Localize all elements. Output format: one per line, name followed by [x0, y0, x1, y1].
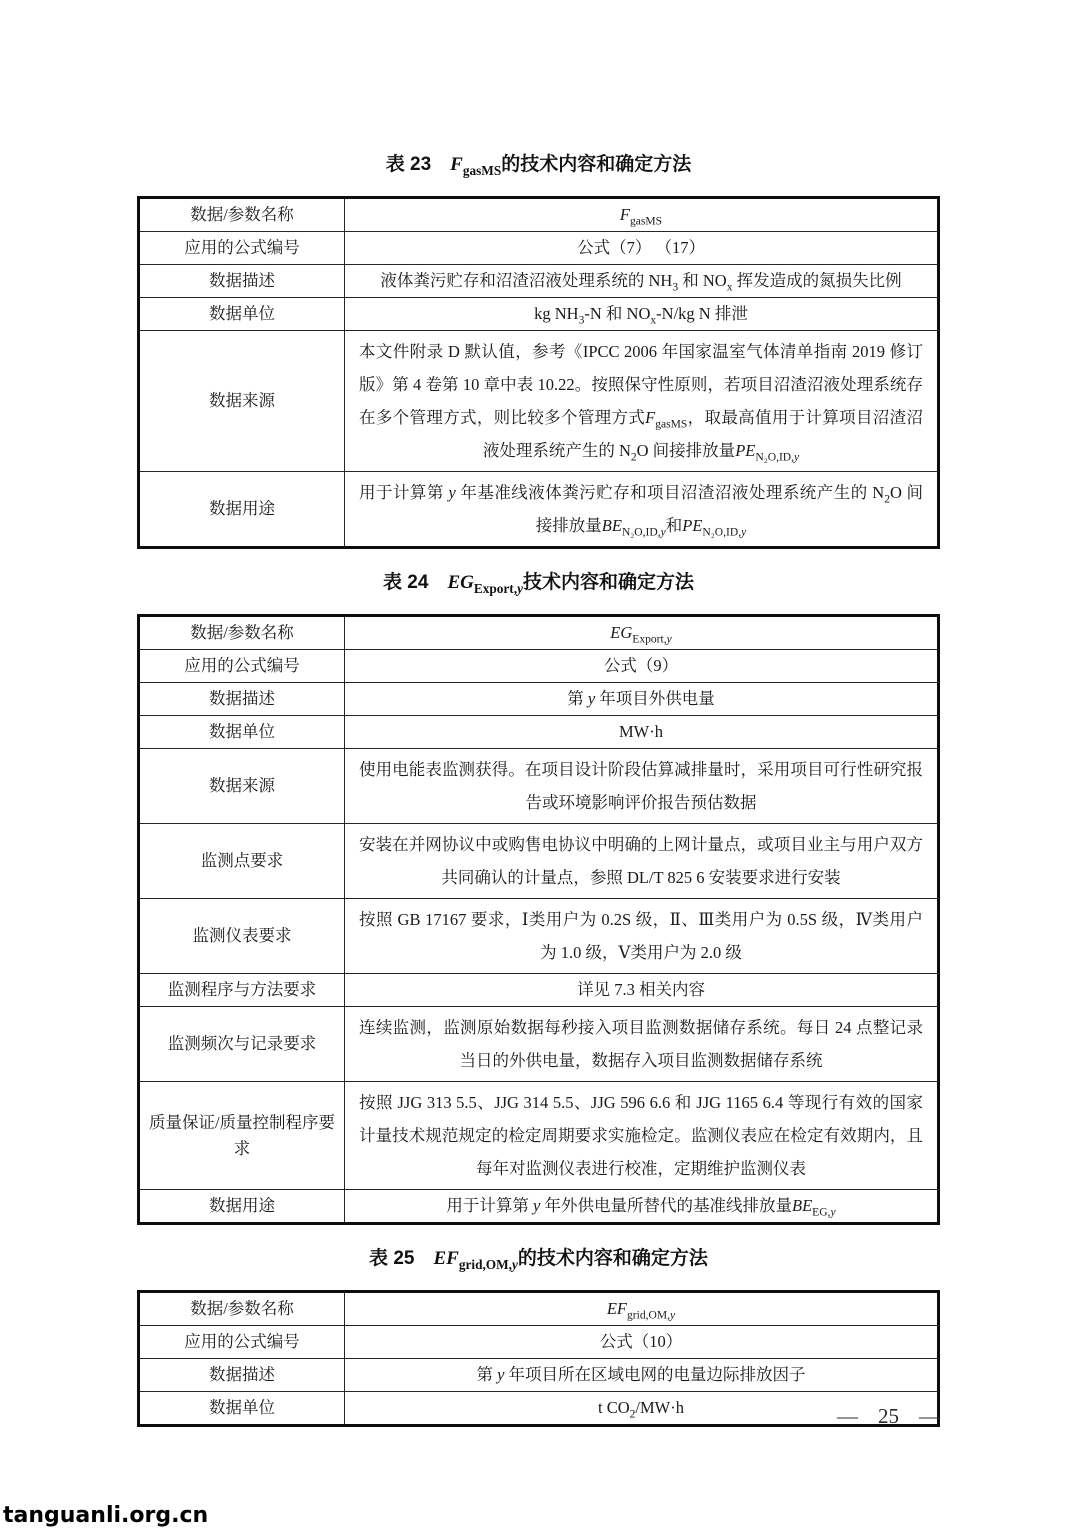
table-25: 数据/参数名称EFgrid,OM,y应用的公式编号公式（10）数据描述第 y 年…: [137, 1290, 940, 1427]
row-label: 数据/参数名称: [139, 616, 345, 650]
table-row: 数据描述第 y 年项目所在区域电网的电量边际排放因子: [139, 1359, 939, 1392]
table-row: 数据描述第 y 年项目外供电量: [139, 683, 939, 716]
row-label: 数据用途: [139, 472, 345, 548]
row-value: 液体粪污贮存和沼渣沼液处理系统的 NH3 和 NOx 挥发造成的氮损失比例: [345, 265, 939, 298]
row-value: 按照 JJG 313 5.5、JJG 314 5.5、JJG 596 6.6 和…: [345, 1082, 939, 1190]
row-label: 数据描述: [139, 1359, 345, 1392]
table-row: 监测频次与记录要求连续监测，监测原始数据每秒接入项目监测数据储存系统。每日 24…: [139, 1007, 939, 1082]
row-value: 第 y 年项目所在区域电网的电量边际排放因子: [345, 1359, 939, 1392]
table-row: 质量保证/质量控制程序要求按照 JJG 313 5.5、JJG 314 5.5、…: [139, 1082, 939, 1190]
row-value: 公式（9）: [345, 650, 939, 683]
row-label: 数据单位: [139, 716, 345, 749]
page-number: — 25 —: [837, 1404, 940, 1429]
row-value: 详见 7.3 相关内容: [345, 974, 939, 1007]
row-label: 数据/参数名称: [139, 1292, 345, 1326]
row-label: 数据用途: [139, 1190, 345, 1224]
watermark: tanguanli.org.cn: [3, 1503, 208, 1528]
table-24: 数据/参数名称EGExport,y应用的公式编号公式（9）数据描述第 y 年项目…: [137, 614, 940, 1225]
table-row: 监测程序与方法要求详见 7.3 相关内容: [139, 974, 939, 1007]
table-25-caption: 表 25 EFgrid,OM,y的技术内容和确定方法: [137, 1246, 940, 1272]
row-value: 用于计算第 y 年基准线液体粪污贮存和项目沼渣沼液处理系统产生的 N2O 间接排…: [345, 472, 939, 548]
row-label: 监测仪表要求: [139, 899, 345, 974]
row-label: 数据描述: [139, 683, 345, 716]
row-value: 按照 GB 17167 要求，Ⅰ类用户为 0.2S 级，Ⅱ、Ⅲ类用户为 0.5S…: [345, 899, 939, 974]
table-row: 数据单位t CO2/MW·h: [139, 1392, 939, 1426]
table-row: 数据/参数名称EGExport,y: [139, 616, 939, 650]
row-label: 应用的公式编号: [139, 232, 345, 265]
row-value: 公式（10）: [345, 1326, 939, 1359]
page-number-dash-right: —: [919, 1404, 940, 1429]
row-label: 数据描述: [139, 265, 345, 298]
table-23-caption: 表 23 FgasMS的技术内容和确定方法: [137, 152, 940, 178]
row-label: 监测频次与记录要求: [139, 1007, 345, 1082]
table-24-section: 表 24 EGExport,y技术内容和确定方法 数据/参数名称EGExport…: [137, 570, 940, 1225]
row-label: 应用的公式编号: [139, 650, 345, 683]
row-label: 数据来源: [139, 331, 345, 472]
table-row: 监测点要求安装在并网协议中或购售电协议中明确的上网计量点，或项目业主与用户双方共…: [139, 824, 939, 899]
page-number-dash-left: —: [837, 1404, 858, 1429]
table-23-section: 表 23 FgasMS的技术内容和确定方法 数据/参数名称FgasMS应用的公式…: [137, 152, 940, 549]
row-value: 第 y 年项目外供电量: [345, 683, 939, 716]
row-label: 应用的公式编号: [139, 1326, 345, 1359]
table-row: 数据单位kg NH3-N 和 NOx-N/kg N 排泄: [139, 298, 939, 331]
table-row: 数据来源本文件附录 D 默认值，参考《IPCC 2006 年国家温室气体清单指南…: [139, 331, 939, 472]
row-value: 安装在并网协议中或购售电协议中明确的上网计量点，或项目业主与用户双方共同确认的计…: [345, 824, 939, 899]
row-label: 监测程序与方法要求: [139, 974, 345, 1007]
row-value: FgasMS: [345, 198, 939, 232]
row-label: 数据单位: [139, 298, 345, 331]
row-value: 用于计算第 y 年外供电量所替代的基准线排放量BEEG,y: [345, 1190, 939, 1224]
table-23: 数据/参数名称FgasMS应用的公式编号公式（7） （17）数据描述液体粪污贮存…: [137, 196, 940, 549]
row-value: kg NH3-N 和 NOx-N/kg N 排泄: [345, 298, 939, 331]
table-row: 数据用途用于计算第 y 年外供电量所替代的基准线排放量BEEG,y: [139, 1190, 939, 1224]
row-value: 连续监测，监测原始数据每秒接入项目监测数据储存系统。每日 24 点整记录当日的外…: [345, 1007, 939, 1082]
row-value: 本文件附录 D 默认值，参考《IPCC 2006 年国家温室气体清单指南 201…: [345, 331, 939, 472]
table-row: 应用的公式编号公式（9）: [139, 650, 939, 683]
row-label: 质量保证/质量控制程序要求: [139, 1082, 345, 1190]
row-value: EFgrid,OM,y: [345, 1292, 939, 1326]
table-row: 数据/参数名称FgasMS: [139, 198, 939, 232]
table-row: 数据用途用于计算第 y 年基准线液体粪污贮存和项目沼渣沼液处理系统产生的 N2O…: [139, 472, 939, 548]
table-24-caption: 表 24 EGExport,y技术内容和确定方法: [137, 570, 940, 596]
table-row: 监测仪表要求按照 GB 17167 要求，Ⅰ类用户为 0.2S 级，Ⅱ、Ⅲ类用户…: [139, 899, 939, 974]
row-value: 使用电能表监测获得。在项目设计阶段估算减排量时，采用项目可行性研究报告或环境影响…: [345, 749, 939, 824]
row-label: 数据/参数名称: [139, 198, 345, 232]
row-value: 公式（7） （17）: [345, 232, 939, 265]
row-label: 数据单位: [139, 1392, 345, 1426]
row-value: EGExport,y: [345, 616, 939, 650]
row-label: 数据来源: [139, 749, 345, 824]
page-content: 表 23 FgasMS的技术内容和确定方法 数据/参数名称FgasMS应用的公式…: [0, 0, 1080, 1427]
table-row: 数据描述液体粪污贮存和沼渣沼液处理系统的 NH3 和 NOx 挥发造成的氮损失比…: [139, 265, 939, 298]
page-number-value: 25: [878, 1404, 899, 1429]
table-row: 数据单位MW·h: [139, 716, 939, 749]
row-label: 监测点要求: [139, 824, 345, 899]
table-25-section: 表 25 EFgrid,OM,y的技术内容和确定方法 数据/参数名称EFgrid…: [137, 1246, 940, 1427]
table-row: 应用的公式编号公式（10）: [139, 1326, 939, 1359]
table-row: 数据/参数名称EFgrid,OM,y: [139, 1292, 939, 1326]
table-row: 数据来源使用电能表监测获得。在项目设计阶段估算减排量时，采用项目可行性研究报告或…: [139, 749, 939, 824]
table-row: 应用的公式编号公式（7） （17）: [139, 232, 939, 265]
document-page: 表 23 FgasMS的技术内容和确定方法 数据/参数名称FgasMS应用的公式…: [0, 0, 1080, 1427]
row-value: MW·h: [345, 716, 939, 749]
